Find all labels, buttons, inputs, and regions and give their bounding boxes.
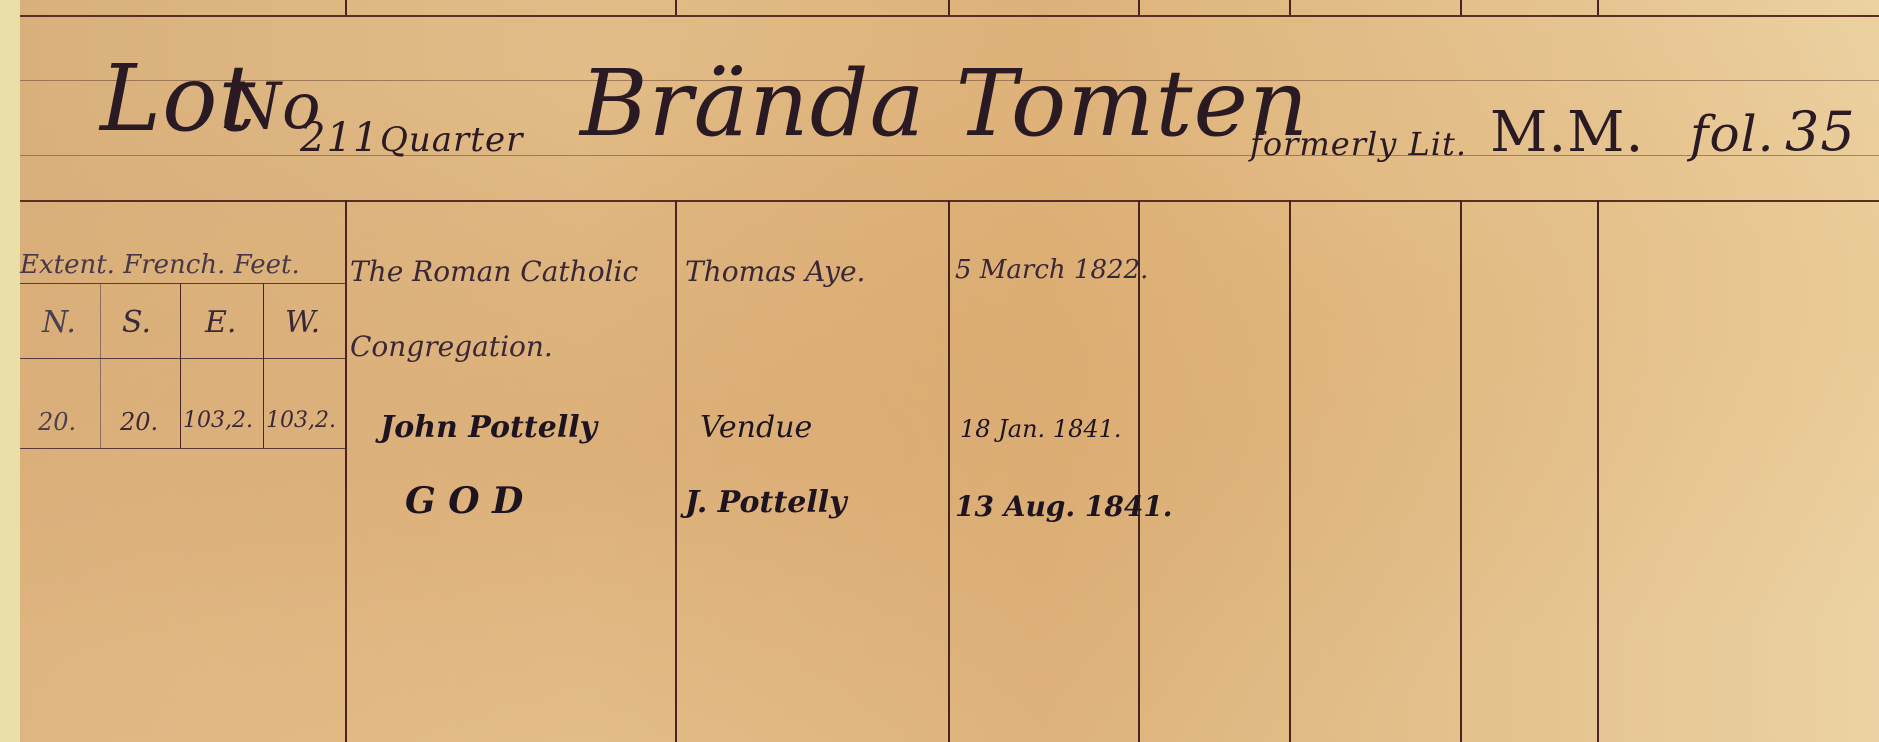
quarter-label: Quarter bbox=[380, 120, 523, 160]
extent-south-value: 20. bbox=[120, 408, 158, 436]
extent-col-line bbox=[180, 283, 181, 448]
direction-east: E. bbox=[205, 305, 236, 340]
extent-east-value: 103,2. bbox=[183, 408, 253, 433]
column-line bbox=[1289, 200, 1291, 742]
date: 5 March 1822. bbox=[955, 255, 1148, 285]
column-line bbox=[1597, 200, 1599, 742]
column-line bbox=[1460, 200, 1462, 742]
owner-line2: Congregation. bbox=[350, 330, 553, 363]
from-signature: J. Pottelly bbox=[685, 485, 847, 520]
extent-col-line bbox=[263, 283, 264, 448]
extent-rule bbox=[20, 283, 345, 284]
owner-mark: G O D bbox=[405, 480, 523, 522]
column-line bbox=[675, 200, 677, 742]
column-line bbox=[948, 200, 950, 742]
formerly-text: formerly Lit. bbox=[1250, 125, 1467, 163]
ledger-page: Lot No 211 Quarter Brända Tomten formerl… bbox=[20, 0, 1879, 742]
extent-north-value: 20. bbox=[38, 408, 76, 436]
acquired-from: Thomas Aye. bbox=[685, 255, 865, 288]
column-line bbox=[345, 200, 347, 742]
acquired-from: Vendue bbox=[700, 410, 812, 445]
owner-signature: John Pottelly bbox=[380, 410, 597, 445]
extent-header: Extent. French. Feet. bbox=[20, 250, 300, 280]
former-letters: M.M. bbox=[1490, 100, 1644, 165]
date: 18 Jan. 1841. bbox=[960, 415, 1122, 443]
direction-north: N. bbox=[42, 305, 76, 340]
quarter-name: Brända Tomten bbox=[580, 50, 1309, 157]
extent-rule bbox=[20, 358, 345, 359]
lot-number: 211 bbox=[300, 115, 379, 161]
extent-west-value: 103,2. bbox=[266, 408, 336, 433]
owner: The Roman Catholic bbox=[350, 255, 638, 288]
folio-label: fol. bbox=[1690, 105, 1775, 163]
direction-south: S. bbox=[122, 305, 151, 340]
extent-rule bbox=[20, 448, 345, 449]
direction-west: W. bbox=[285, 305, 320, 340]
lot-title: Lot No 211 Quarter Brända Tomten formerl… bbox=[20, 0, 1879, 200]
extent-col-line bbox=[100, 283, 101, 448]
date-line2: 13 Aug. 1841. bbox=[955, 490, 1173, 523]
folio-number: 35 bbox=[1785, 100, 1856, 163]
